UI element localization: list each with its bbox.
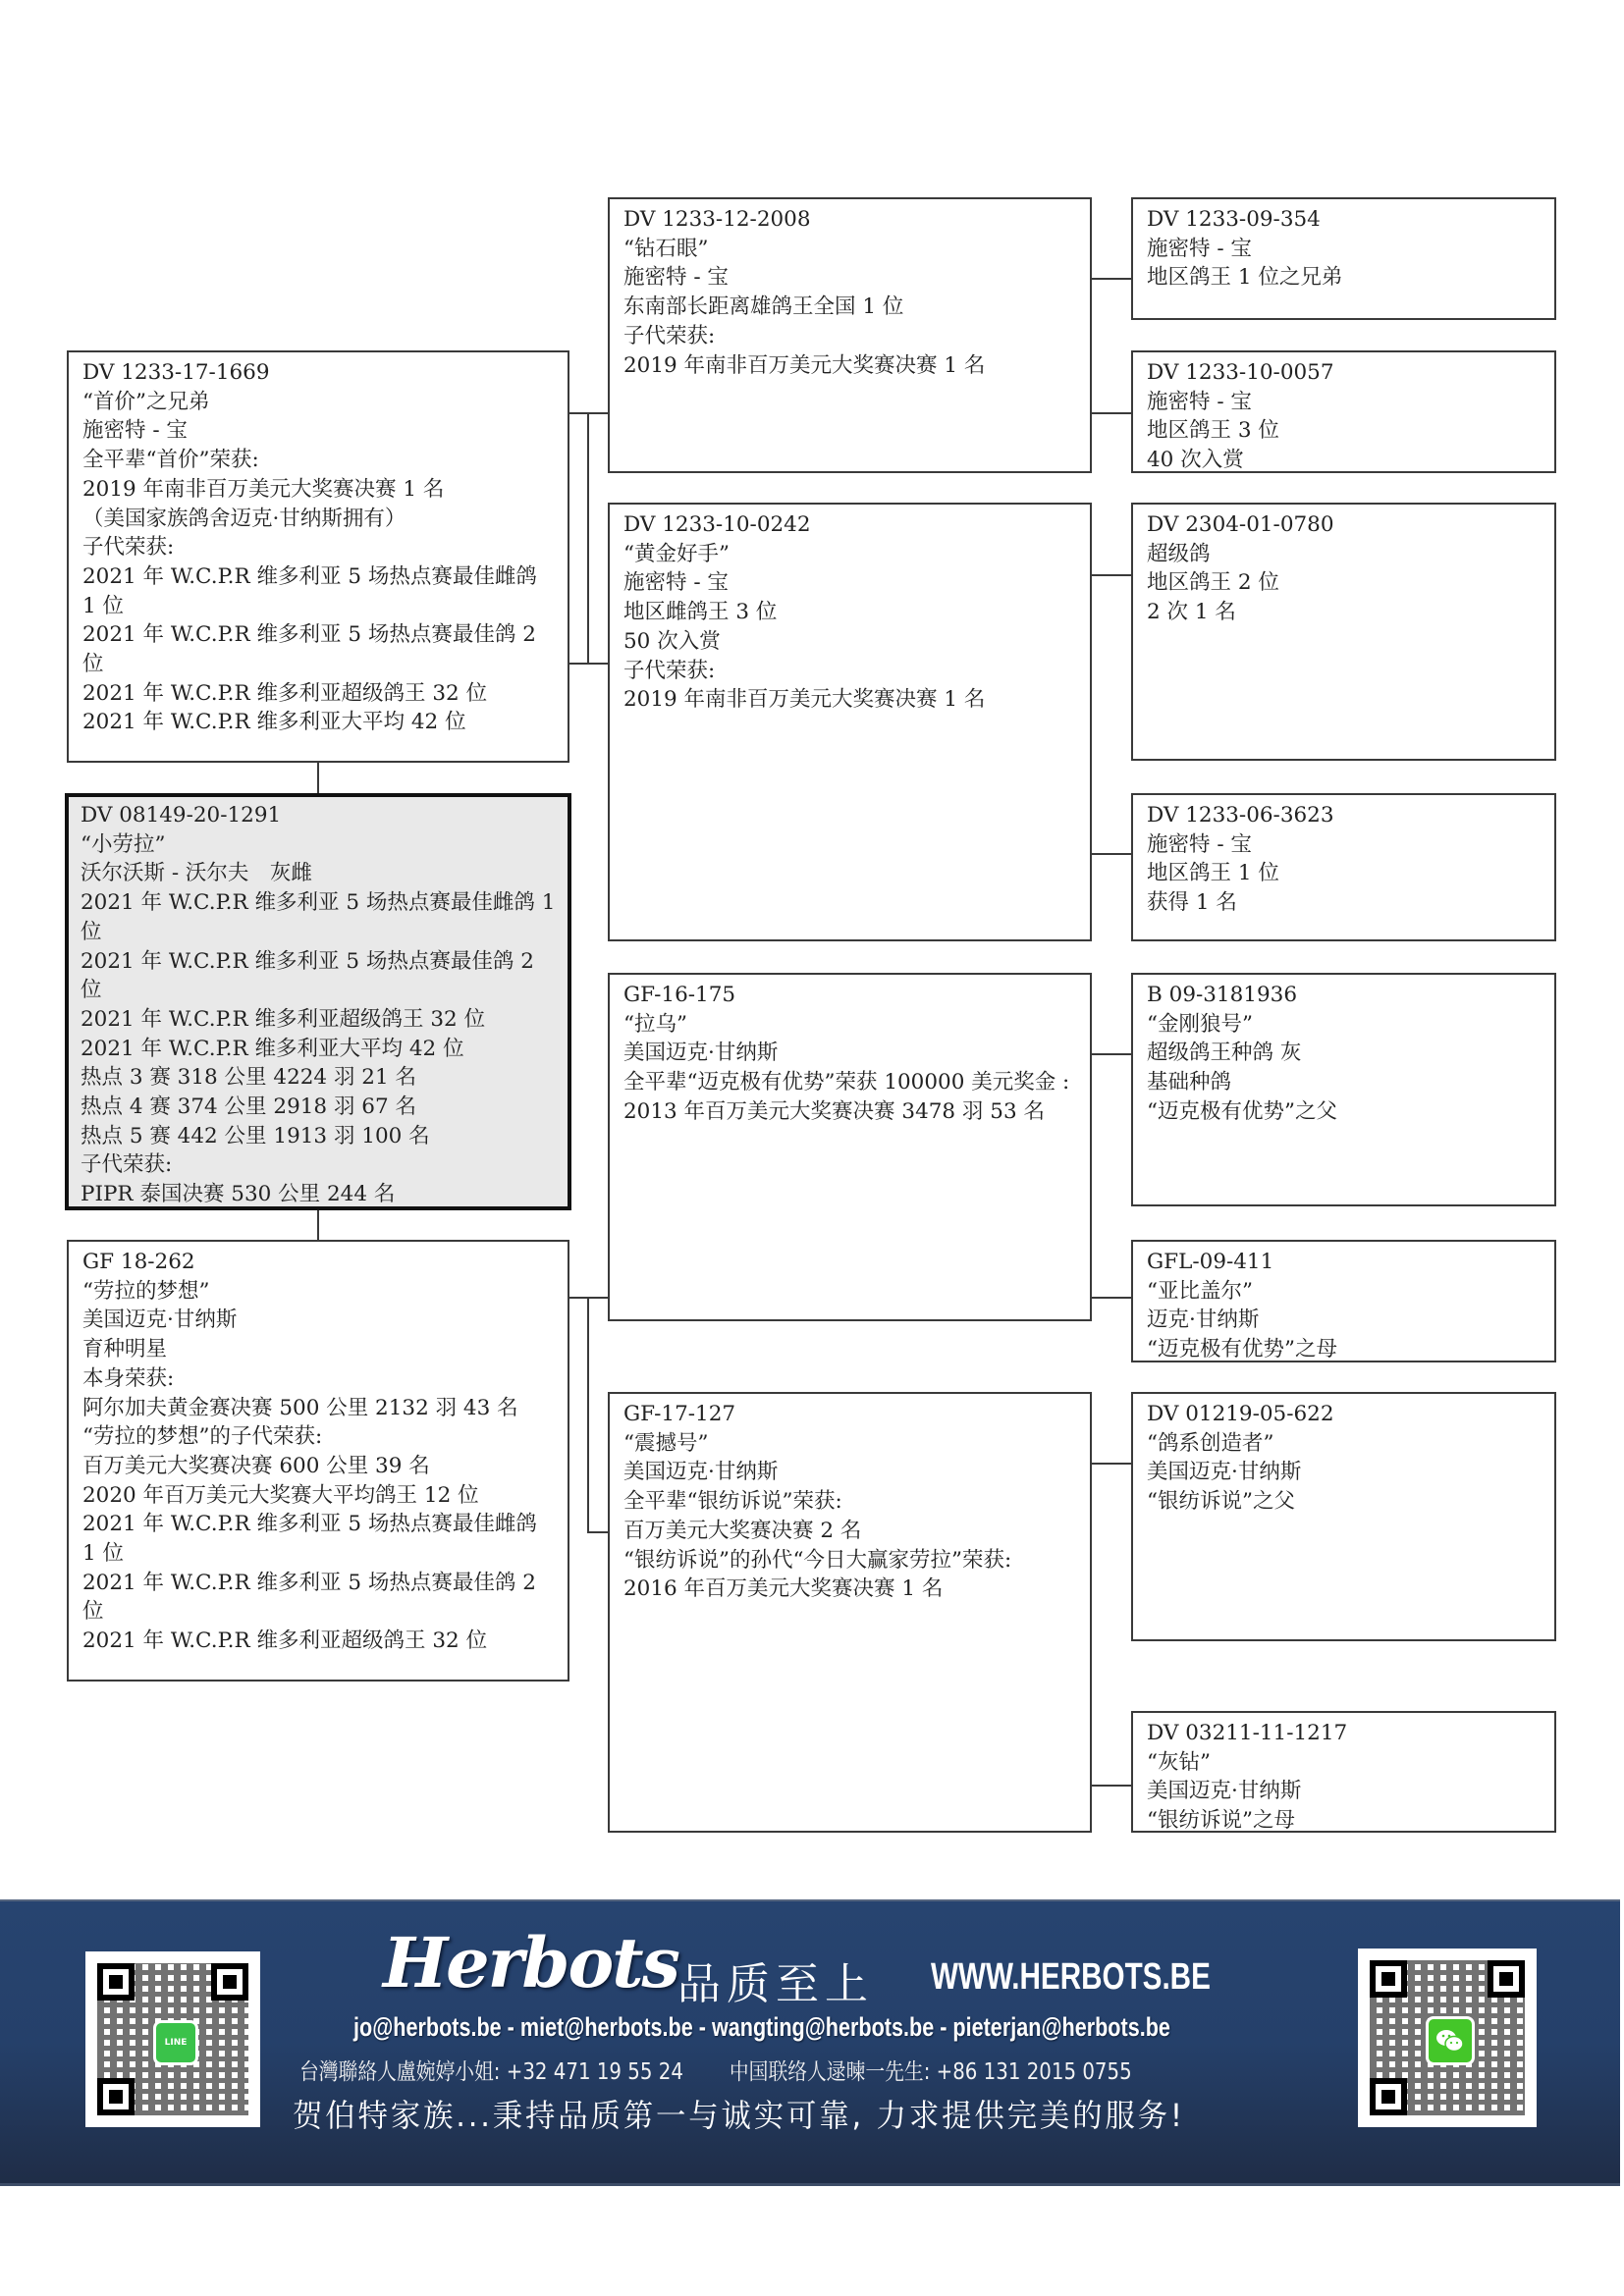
- qr-finder-icon: [1370, 2078, 1407, 2115]
- ring-number: DV 1233-17-1669: [82, 358, 554, 388]
- pedigree-card-dd-sire[interactable]: DV 01219-05-622 “鸽系创造者” 美国迈克·甘纳斯 “银纺诉说”之…: [1131, 1392, 1556, 1641]
- qr-finder-icon: [97, 2078, 135, 2115]
- pedigree-card-sd-sire[interactable]: DV 2304-01-0780 超级鸽 地区鸽王 2 位 2 次 1 名: [1131, 503, 1556, 761]
- card-line: 迈克·甘纳斯: [1147, 1306, 1541, 1335]
- website-link[interactable]: WWW.HERBOTS.BE: [931, 1956, 1211, 1999]
- card-line: 2013 年百万美元大奖赛决赛 3478 羽 53 名: [623, 1097, 1076, 1127]
- pedigree-card-sire-dam[interactable]: DV 1233-10-0242 “黄金好手” 施密特 - 宝 地区雌鸽王 3 位…: [608, 503, 1092, 941]
- qr-finder-icon: [1488, 1960, 1525, 1998]
- ring-number: DV 1233-09-354: [1147, 205, 1541, 235]
- card-line: “劳拉的梦想”的子代荣获:: [82, 1422, 554, 1452]
- card-line: 2019 年南非百万美元大奖赛决赛 1 名: [623, 351, 1076, 381]
- card-line: 2021 年 W.C.P.R 维多利亚大平均 42 位: [81, 1035, 556, 1064]
- herbots-logo: Herbots: [383, 1922, 678, 2003]
- card-line: 2021 年 W.C.P.R 维多利亚超级鸽王 32 位: [82, 1627, 554, 1656]
- card-line: 超级鸽: [1147, 540, 1541, 569]
- wechat-qr-code[interactable]: [1358, 1949, 1537, 2127]
- card-line: 2019 年南非百万美元大奖赛决赛 1 名: [82, 475, 554, 505]
- card-line: 全平辈“迈克极有优势”荣获 100000 美元奖金 :: [623, 1068, 1076, 1097]
- card-line: （美国家族鸽舍迈克·甘纳斯拥有）: [82, 505, 554, 534]
- pedigree-card-sire[interactable]: DV 1233-17-1669 “首价”之兄弟 施密特 - 宝 全平辈“首价”荣…: [67, 350, 569, 763]
- email-list[interactable]: jo@herbots.be - miet@herbots.be - wangti…: [353, 2012, 1170, 2043]
- card-line: 2020 年百万美元大奖赛大平均鸽王 12 位: [82, 1481, 554, 1511]
- pedigree-card-ds-sire[interactable]: B 09-3181936 “金刚狼号” 超级鸽王种鸽 灰 基础种鸽 “迈克极有优…: [1131, 973, 1556, 1206]
- card-line: 阿尔加夫黄金赛决赛 500 公里 2132 羽 43 名: [82, 1394, 554, 1423]
- card-line: “银纺诉说”的孙代“今日大赢家劳拉”荣获:: [623, 1546, 1076, 1575]
- card-line: 2021 年 W.C.P.R 维多利亚 5 场热点赛最佳鸽 2 位: [82, 620, 554, 678]
- card-line: 施密特 - 宝: [1147, 235, 1541, 264]
- card-line: 2021 年 W.C.P.R 维多利亚大平均 42 位: [82, 708, 554, 737]
- connector: [1092, 574, 1131, 576]
- ring-number: GF-16-175: [623, 981, 1076, 1010]
- pedigree-card-sd-dam[interactable]: DV 1233-06-3623 施密特 - 宝 地区鸽王 1 位 获得 1 名: [1131, 793, 1556, 941]
- card-line: “首价”之兄弟: [82, 388, 554, 417]
- card-line: 2021 年 W.C.P.R 维多利亚超级鸽王 32 位: [81, 1005, 556, 1035]
- card-line: 施密特 - 宝: [623, 263, 1076, 293]
- card-line: 美国迈克·甘纳斯: [623, 1458, 1076, 1487]
- card-line: 地区鸽王 1 位之兄弟: [1147, 263, 1541, 293]
- pigeon-name: “亚比盖尔”: [1147, 1277, 1541, 1307]
- ring-number: DV 03211-11-1217: [1147, 1719, 1541, 1748]
- card-line: 子代荣获:: [623, 657, 1076, 686]
- motto: 贺伯特家族...秉持品质第一与诚实可靠, 力求提供完美的服务!: [293, 2091, 1185, 2136]
- card-line: 育种明星: [82, 1335, 554, 1364]
- card-line: 施密特 - 宝: [1147, 830, 1541, 860]
- connector: [1092, 1463, 1131, 1465]
- card-line: 美国迈克·甘纳斯: [82, 1306, 554, 1335]
- line-app-icon: LINE: [153, 2020, 198, 2065]
- card-line: 2019 年南非百万美元大奖赛决赛 1 名: [623, 685, 1076, 715]
- card-line: 美国迈克·甘纳斯: [1147, 1458, 1541, 1487]
- connector: [587, 412, 589, 665]
- card-line: 2 次 1 名: [1147, 598, 1541, 627]
- pedigree-card-subject[interactable]: DV 08149-20-1291 “小劳拉” 沃尔沃斯 - 沃尔夫 灰雌 202…: [65, 793, 571, 1210]
- ring-number: GFL-09-411: [1147, 1248, 1541, 1277]
- ring-number: DV 2304-01-0780: [1147, 510, 1541, 540]
- card-line: PIPR 泰国决赛 530 公里 244 名: [81, 1180, 556, 1209]
- ring-number: GF 18-262: [82, 1248, 554, 1277]
- card-line: “迈克极有优势”之父: [1147, 1097, 1541, 1127]
- card-line: 40 次入赏: [1147, 446, 1541, 475]
- card-line: “银纺诉说”之父: [1147, 1487, 1541, 1517]
- card-line: 美国迈克·甘纳斯: [623, 1039, 1076, 1068]
- card-line: 施密特 - 宝: [82, 416, 554, 446]
- connector: [1092, 853, 1131, 855]
- card-line: 50 次入赏: [623, 627, 1076, 657]
- card-line: 东南部长距离雄鸽王全国 1 位: [623, 293, 1076, 322]
- card-line: 2021 年 W.C.P.R 维多利亚 5 场热点赛最佳雌鸽 1 位: [81, 888, 556, 946]
- ring-number: DV 1233-12-2008: [623, 205, 1076, 235]
- card-line: 子代荣获:: [623, 322, 1076, 351]
- pedigree-card-dam[interactable]: GF 18-262 “劳拉的梦想” 美国迈克·甘纳斯 育种明星 本身荣获: 阿尔…: [67, 1240, 569, 1682]
- card-line: 子代荣获:: [82, 533, 554, 562]
- card-line: 2016 年百万美元大奖赛决赛 1 名: [623, 1575, 1076, 1604]
- card-line: 热点 4 赛 374 公里 2918 羽 67 名: [81, 1093, 556, 1122]
- contact-china: 中国联络人逯暕一先生: +86 131 2015 0755: [730, 2059, 1132, 2085]
- card-line: 施密特 - 宝: [1147, 388, 1541, 417]
- pedigree-card-ss-sire[interactable]: DV 1233-09-354 施密特 - 宝 地区鸽王 1 位之兄弟: [1131, 197, 1556, 320]
- card-line: 地区鸽王 1 位: [1147, 859, 1541, 888]
- pedigree-card-ds-dam[interactable]: GFL-09-411 “亚比盖尔” 迈克·甘纳斯 “迈克极有优势”之母: [1131, 1240, 1556, 1362]
- ring-number: B 09-3181936: [1147, 981, 1541, 1010]
- card-line: 本身荣获:: [82, 1364, 554, 1394]
- pedigree-card-sire-sire[interactable]: DV 1233-12-2008 “钻石眼” 施密特 - 宝 东南部长距离雄鸽王全…: [608, 197, 1092, 473]
- pedigree-card-dam-dam[interactable]: GF-17-127 “震撼号” 美国迈克·甘纳斯 全平辈“银纺诉说”荣获: 百万…: [608, 1392, 1092, 1833]
- qr-finder-icon: [211, 1963, 248, 2001]
- ring-number: DV 1233-06-3623: [1147, 801, 1541, 830]
- connector: [1092, 278, 1131, 280]
- card-line: 百万美元大奖赛决赛 600 公里 39 名: [82, 1452, 554, 1481]
- card-line: 沃尔沃斯 - 沃尔夫 灰雌: [81, 859, 556, 888]
- slogan: 品质至上: [677, 1949, 874, 2011]
- card-line: 百万美元大奖赛决赛 2 名: [623, 1517, 1076, 1546]
- connector: [317, 763, 319, 793]
- pedigree-card-dam-sire[interactable]: GF-16-175 “拉乌” 美国迈克·甘纳斯 全平辈“迈克极有优势”荣获 10…: [608, 973, 1092, 1321]
- connector: [317, 1210, 319, 1240]
- pigeon-name: “拉乌”: [623, 1010, 1076, 1040]
- card-line: 地区鸽王 3 位: [1147, 416, 1541, 446]
- pigeon-name: “黄金好手”: [623, 540, 1076, 569]
- card-line: 2021 年 W.C.P.R 维多利亚 5 场热点赛最佳雌鸽 1 位: [82, 562, 554, 620]
- card-line: 超级鸽王种鸽 灰: [1147, 1039, 1541, 1068]
- card-line: 2021 年 W.C.P.R 维多利亚 5 场热点赛最佳鸽 2 位: [82, 1569, 554, 1627]
- pigeon-name: “钻石眼”: [623, 235, 1076, 264]
- card-line: “银纺诉说”之母: [1147, 1806, 1541, 1836]
- pigeon-name: “劳拉的梦想”: [82, 1277, 554, 1307]
- wechat-app-icon: [1426, 2016, 1475, 2065]
- card-line: 2021 年 W.C.P.R 维多利亚 5 场热点赛最佳鸽 2 位: [81, 947, 556, 1005]
- pedigree-card-ss-dam[interactable]: DV 1233-10-0057 施密特 - 宝 地区鸽王 3 位 40 次入赏: [1131, 350, 1556, 473]
- ring-number: DV 08149-20-1291: [81, 801, 556, 830]
- card-line: 热点 5 赛 442 公里 1913 羽 100 名: [81, 1122, 556, 1151]
- card-line: 地区雌鸽王 3 位: [623, 598, 1076, 627]
- pigeon-name: “金刚狼号”: [1147, 1010, 1541, 1040]
- card-line: 获得 1 名: [1147, 888, 1541, 918]
- card-line: 基础种鸽: [1147, 1068, 1541, 1097]
- ring-number: DV 01219-05-622: [1147, 1400, 1541, 1429]
- pigeon-name: “震撼号”: [623, 1429, 1076, 1459]
- line-qr-code[interactable]: LINE: [85, 1951, 260, 2127]
- card-line: 子代荣获:: [81, 1150, 556, 1180]
- card-line: 全平辈“首价”荣获:: [82, 446, 554, 475]
- connector: [587, 1531, 608, 1533]
- pedigree-card-dd-dam[interactable]: DV 03211-11-1217 “灰钻” 美国迈克·甘纳斯 “银纺诉说”之母: [1131, 1711, 1556, 1833]
- ring-number: DV 1233-10-0242: [623, 510, 1076, 540]
- qr-finder-icon: [1370, 1960, 1407, 1998]
- connector: [587, 1297, 589, 1532]
- card-line: 全平辈“银纺诉说”荣获:: [623, 1487, 1076, 1517]
- connector: [1092, 1053, 1131, 1055]
- pigeon-name: “鸽系创造者”: [1147, 1429, 1541, 1459]
- connector: [1092, 1785, 1131, 1787]
- ring-number: DV 1233-10-0057: [1147, 358, 1541, 388]
- connector: [1092, 412, 1131, 414]
- card-line: 热点 3 赛 318 公里 4224 羽 21 名: [81, 1063, 556, 1093]
- card-line: 2021 年 W.C.P.R 维多利亚 5 场热点赛最佳雌鸽 1 位: [82, 1510, 554, 1568]
- qr-finder-icon: [97, 1963, 135, 2001]
- card-line: 地区鸽王 2 位: [1147, 568, 1541, 598]
- connector: [1092, 1297, 1131, 1299]
- pigeon-name: “小劳拉”: [81, 830, 556, 860]
- ring-number: GF-17-127: [623, 1400, 1076, 1429]
- card-line: “迈克极有优势”之母: [1147, 1335, 1541, 1364]
- card-line: 2021 年 W.C.P.R 维多利亚超级鸽王 32 位: [82, 679, 554, 709]
- wechat-bubbles-icon: [1435, 2028, 1465, 2054]
- contact-line: 台灣聯絡人盧婉婷小姐: +32 471 19 55 24 中国联络人逯暕一先生:…: [299, 2054, 1132, 2086]
- card-line: 施密特 - 宝: [623, 568, 1076, 598]
- contact-taiwan: 台灣聯絡人盧婉婷小姐: +32 471 19 55 24: [299, 2059, 683, 2085]
- pigeon-name: “灰钻”: [1147, 1748, 1541, 1778]
- card-line: 美国迈克·甘纳斯: [1147, 1777, 1541, 1806]
